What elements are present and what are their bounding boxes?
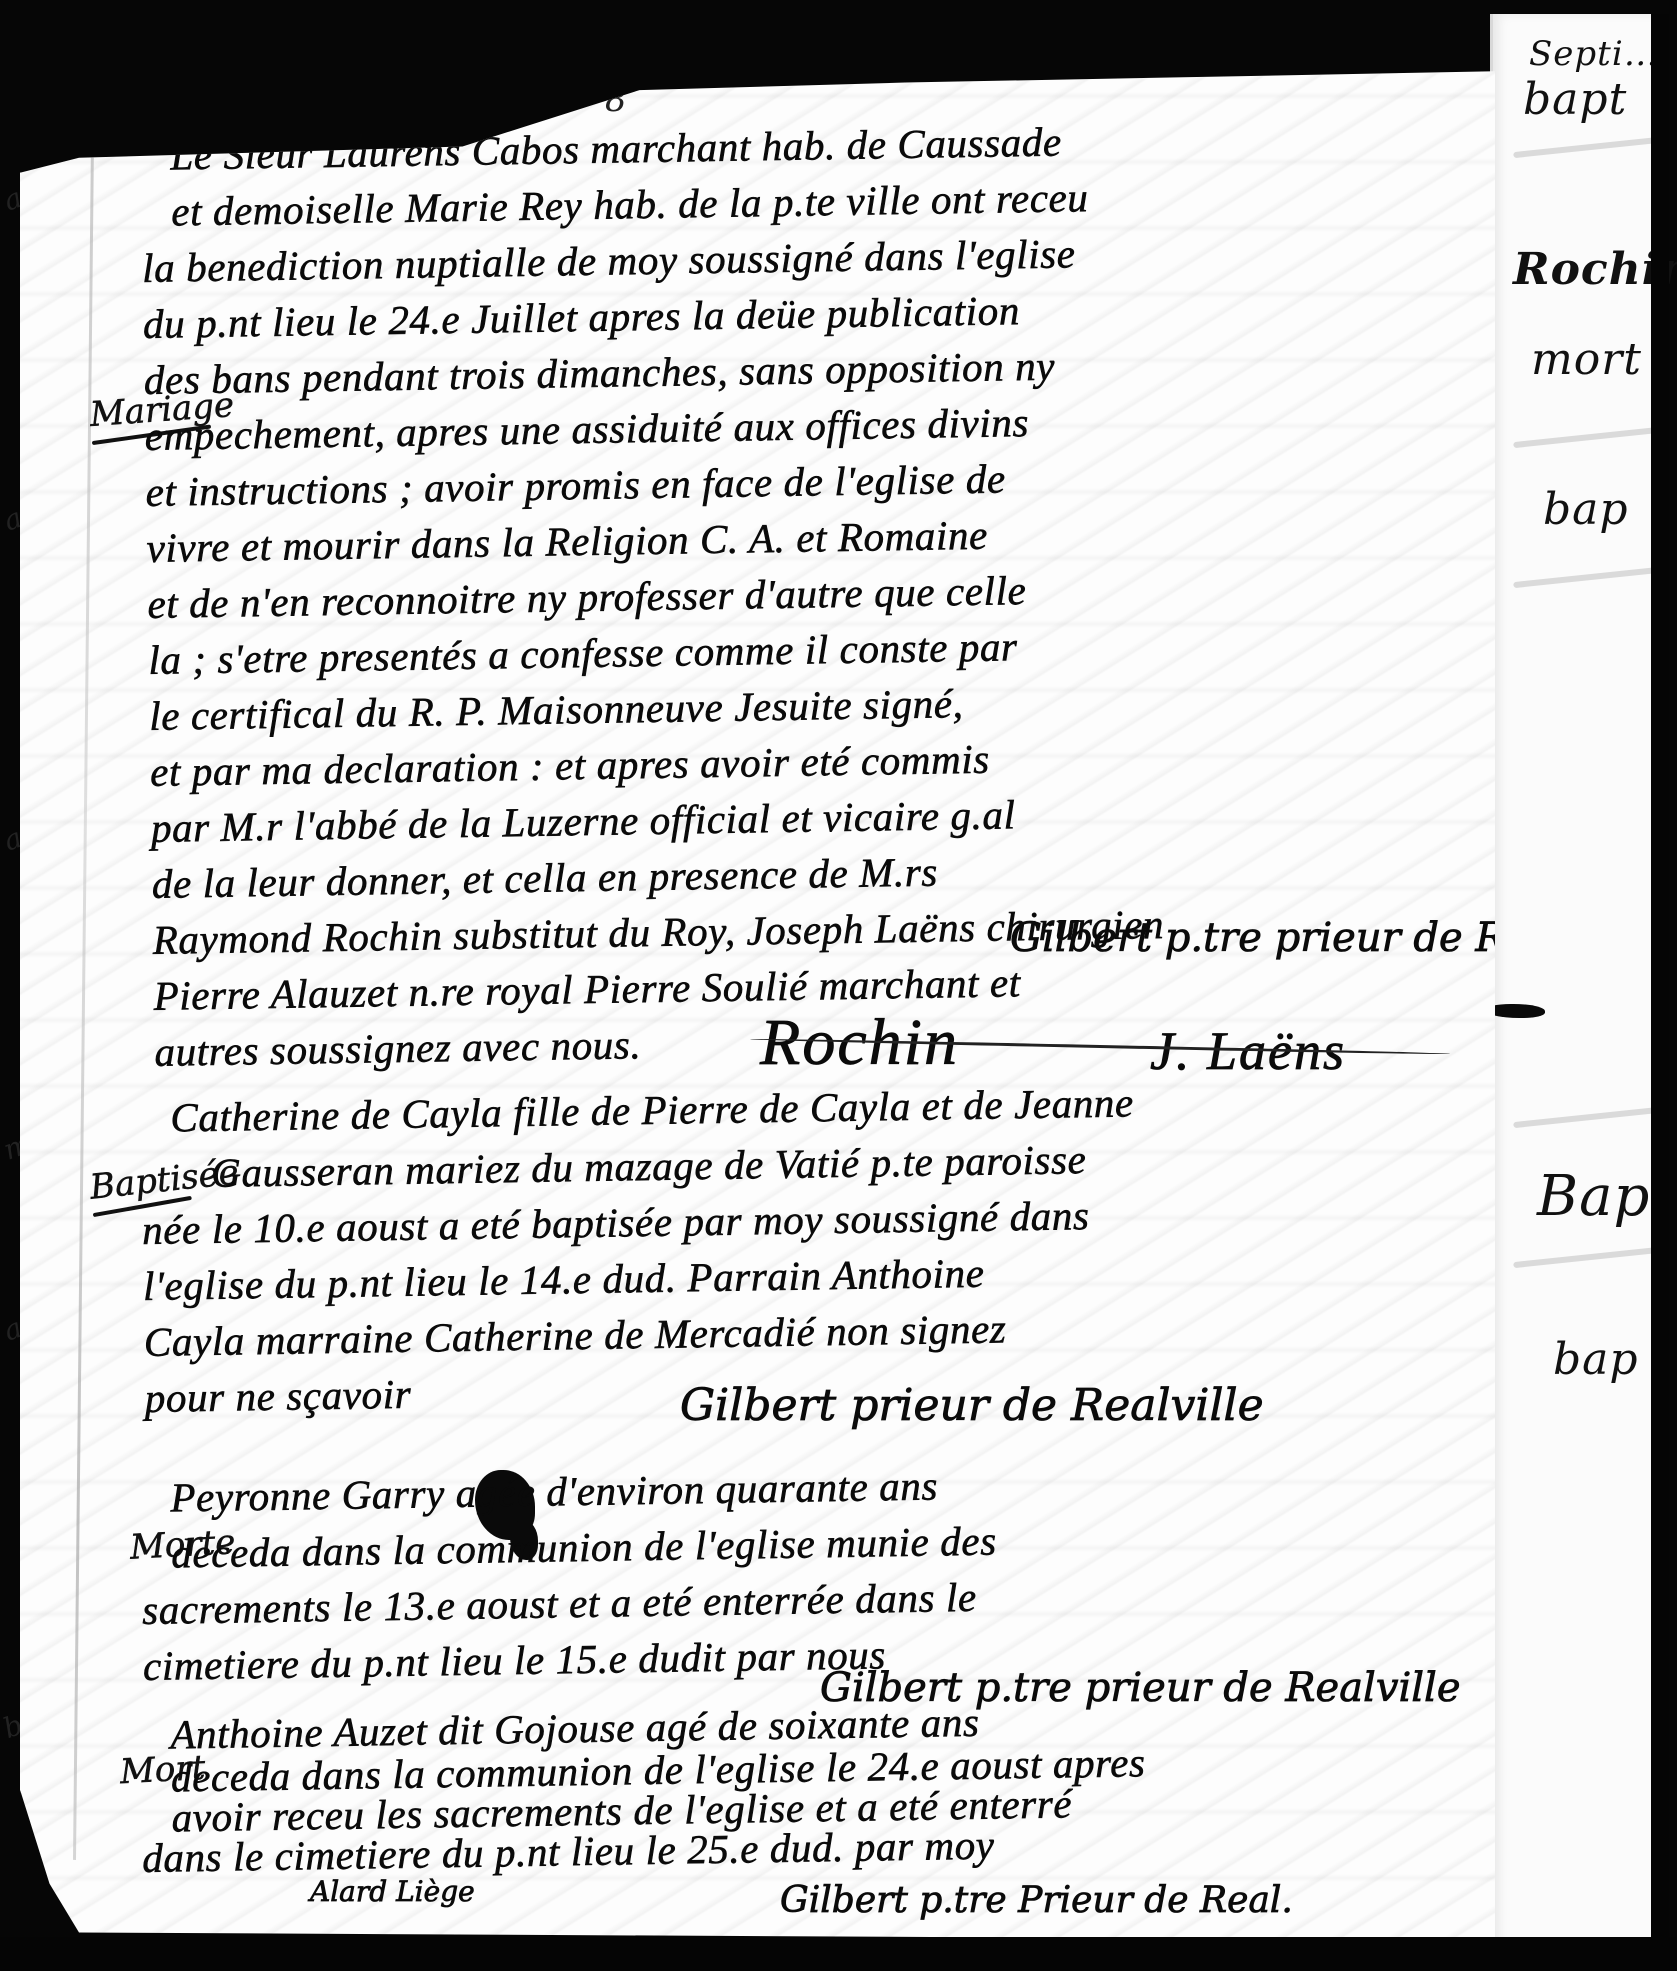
signature-text: Alard Liège	[310, 1875, 475, 1908]
signature-priest-baptism: Gilbert prieur de Realville	[680, 1380, 1264, 1431]
bleed-through-stroke	[1513, 566, 1669, 588]
bleed-through-stroke	[1513, 1106, 1669, 1128]
scanner-background: Septi… bapt Rochin mort bap Bap bap ay a…	[0, 0, 1677, 1971]
signature-witness-alard: Alard Liège	[310, 1875, 475, 1908]
adjacent-page-strip: Septi… bapt Rochin mort bap Bap bap	[1490, 14, 1669, 1969]
bleed-through-stroke	[1513, 426, 1669, 448]
entry-death-anthoine: Anthoine Auzet dit Gojouse agé de soixan…	[140, 1692, 1437, 1878]
adjacent-note-bapt: bapt	[1523, 74, 1627, 125]
adjacent-note-mort: mort	[1531, 334, 1642, 385]
folio-mark: 8	[605, 80, 627, 120]
entry-baptism: Catherine de Cayla fille de Pierre de Ca…	[140, 1070, 1440, 1426]
signature-text: Gilbert prieur de Realville	[680, 1380, 1264, 1431]
bleed-through-stroke	[1513, 136, 1669, 158]
entry-death-peyronne: Peyronne Garry agée d'environ quarante a…	[140, 1450, 1438, 1694]
register-page: Sixième page 8 Mariage Le Sieur Laurens …	[20, 60, 1495, 1940]
signature-text: Gilbert p.tre Prieur de Real.	[780, 1880, 1293, 1921]
page-header-note: Sixième page	[111, 99, 317, 145]
page-edge-shadow	[1651, 14, 1669, 1969]
scanner-bottom-edge	[0, 1937, 1677, 1971]
signature-priest-death-2: Gilbert p.tre Prieur de Real.	[780, 1880, 1293, 1921]
adjacent-note-septi: Septi…	[1529, 34, 1659, 74]
adjacent-note-bap-2: Bap	[1537, 1164, 1650, 1229]
bleed-through-stroke	[1513, 1246, 1669, 1268]
adjacent-note-bap-3: bap	[1553, 1334, 1639, 1385]
adjacent-note-bap-1: bap	[1543, 484, 1629, 535]
